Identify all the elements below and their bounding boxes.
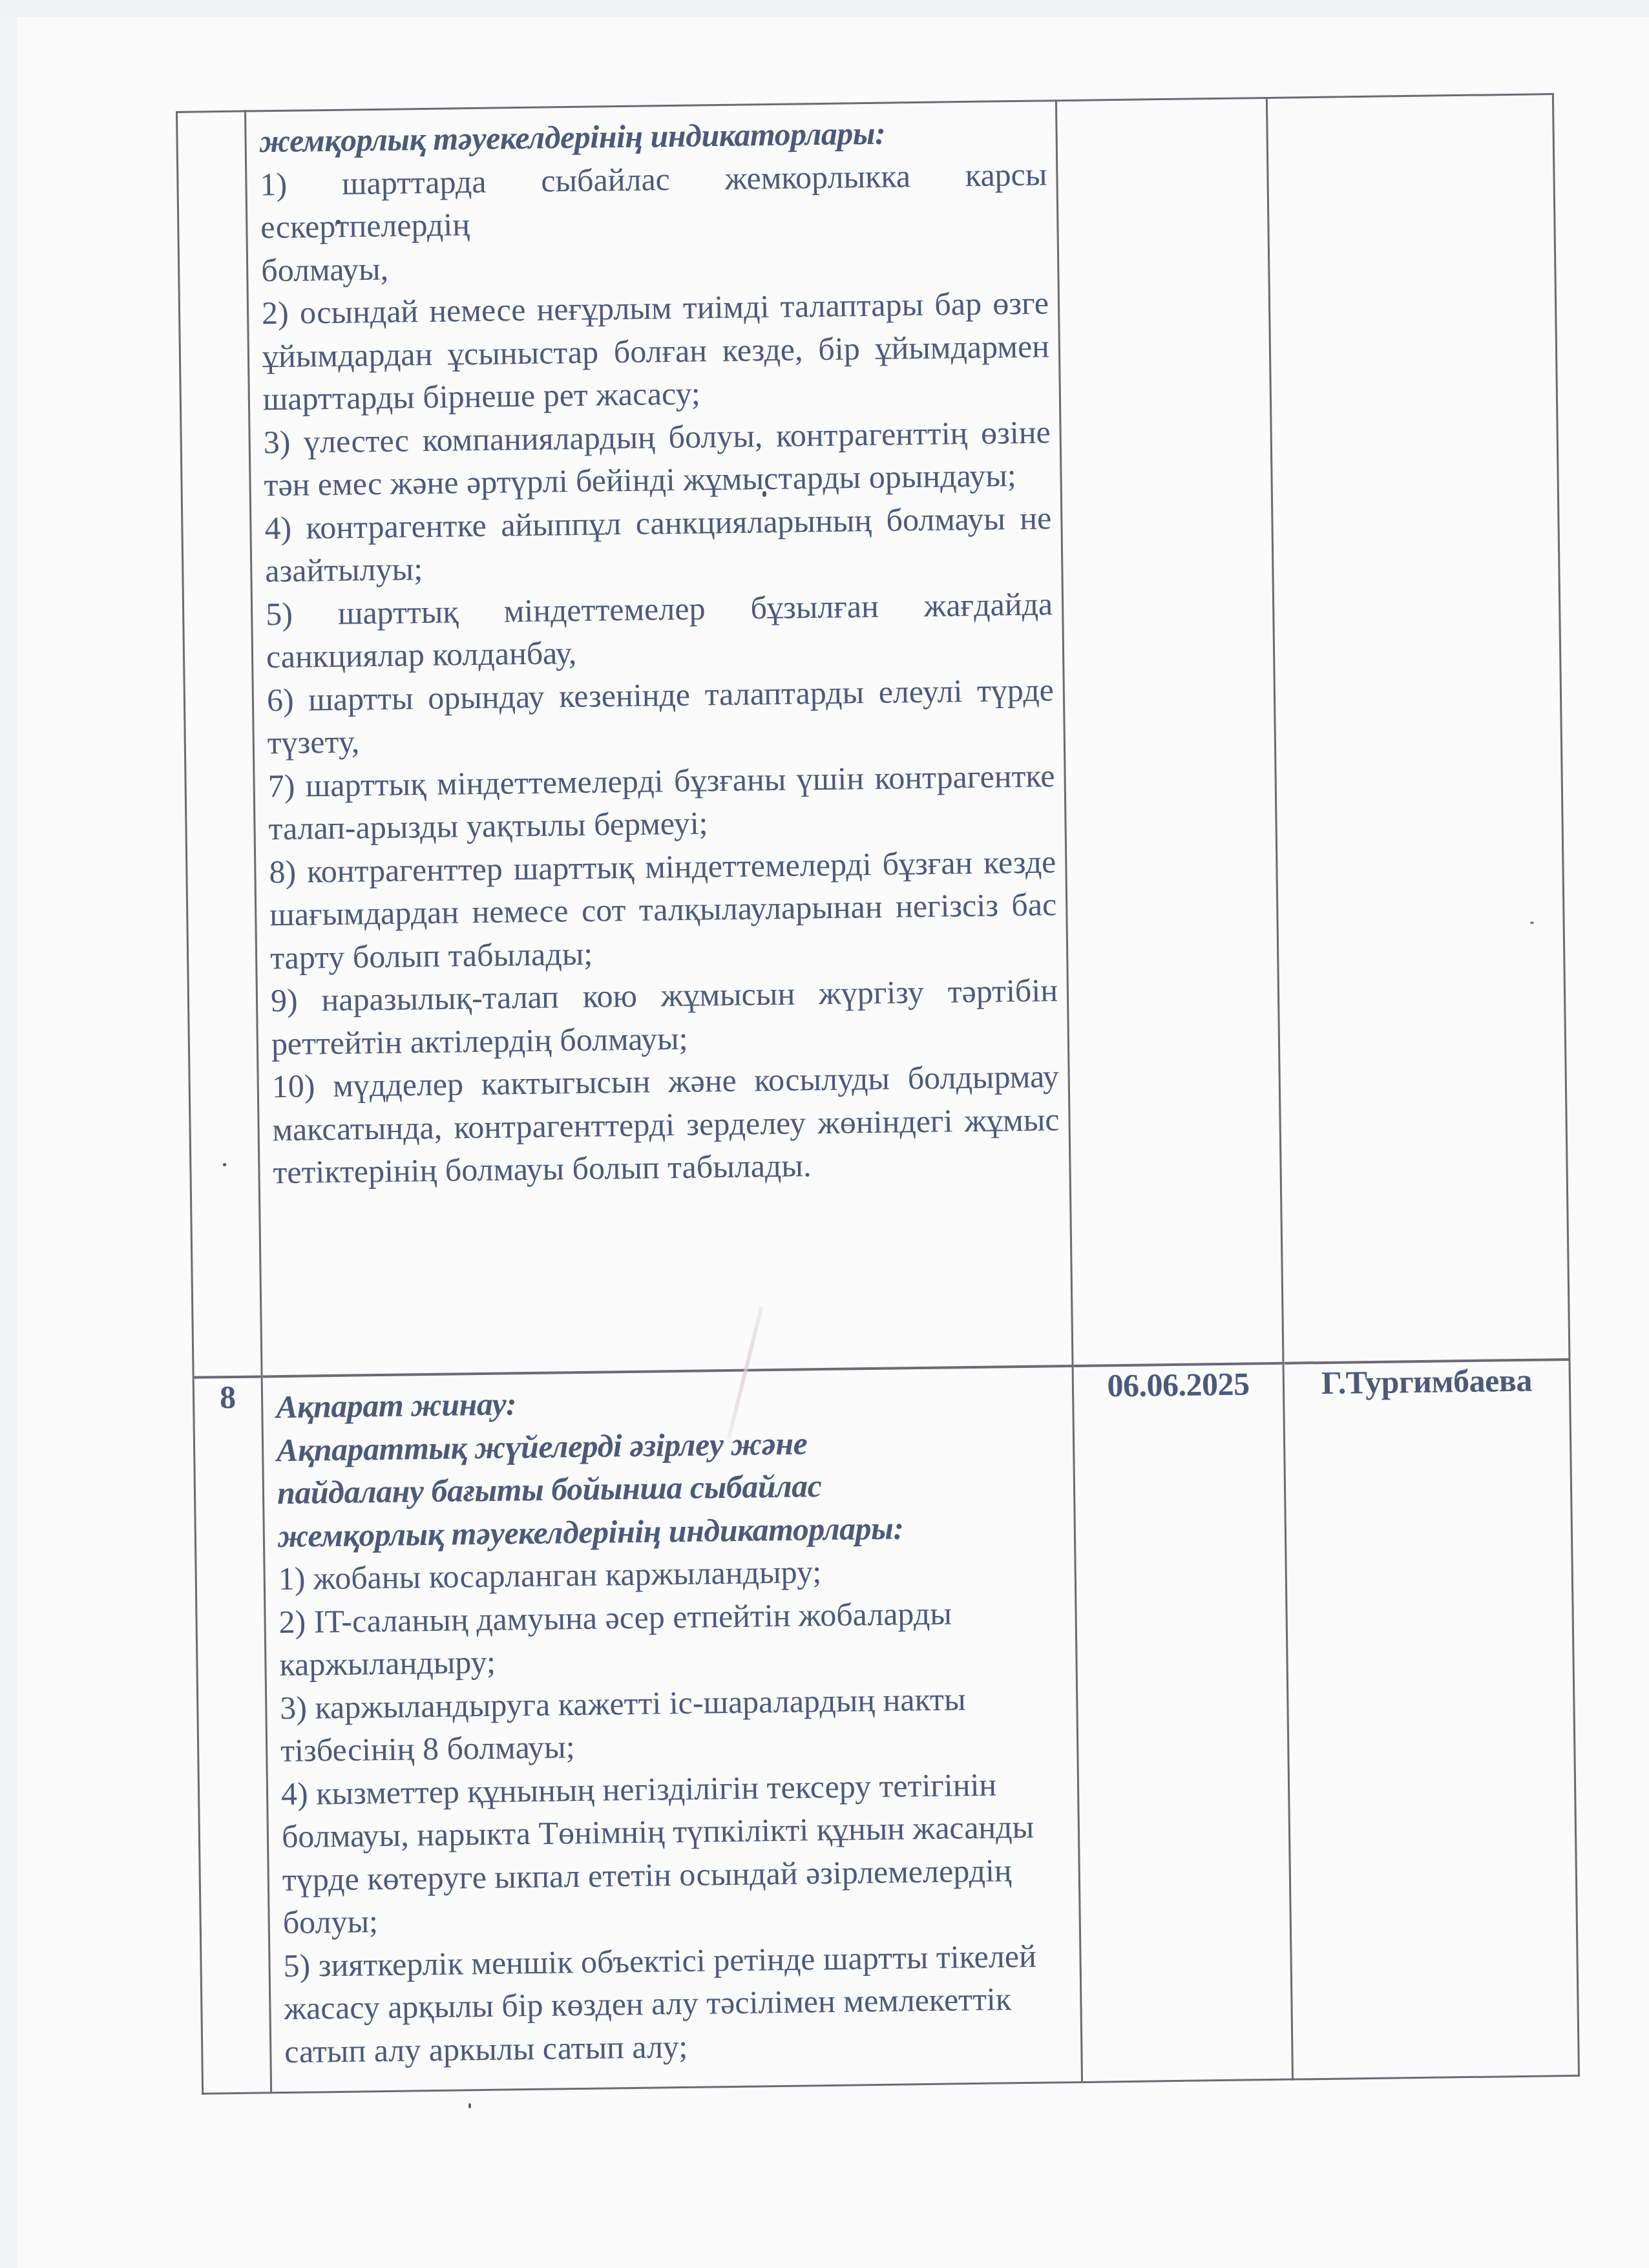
list-item: 10) мүдделер кактыгысын және косылуды бо… <box>271 1055 1060 1193</box>
document-page: жемқорлық тәуекелдерінің индикаторлары: … <box>176 93 1578 2092</box>
row-number-cell: 8 <box>193 1376 271 2094</box>
table-row: 8 Ақпарат жинау: Ақпараттық жүйелерді әз… <box>193 1360 1579 2094</box>
table-row: жемқорлық тәуекелдерінің индикаторлары: … <box>177 94 1570 1378</box>
indicators-cell: Ақпарат жинау: Ақпараттық жүйелерді әзір… <box>262 1366 1082 2093</box>
list-item: 5) шарттық міндеттемелер бұзылған жағдай… <box>266 582 1054 678</box>
list-item: 3) үлестес компаниялардың болуы, контраг… <box>263 410 1051 507</box>
indicators-cell: жемқорлық тәуекелдерінің индикаторлары: … <box>246 101 1073 1377</box>
list-item: 7) шарттық міндеттемелерді бұзғаны үшін … <box>268 754 1056 850</box>
list-item: 3) каржыландыруга кажетті іс-шаралардың … <box>280 1676 1068 1772</box>
measures-table: жемқорлық тәуекелдерінің индикаторлары: … <box>176 93 1580 2095</box>
indicators-text: жемқорлық тәуекелдерінің индикаторлары: … <box>246 101 1069 1201</box>
list-item: 9) наразылық-талап кою жұмысын жүргізу т… <box>271 969 1059 1065</box>
list-item: 1) шарттарда сыбайлас жемкорлыкка карсы … <box>260 152 1048 249</box>
responsible-cell <box>1266 94 1570 1363</box>
list-item: 2) осындай немесе неғұрлым тиімді талапт… <box>262 281 1051 420</box>
list-item: 6) шартты орындау кезенінде талаптарды е… <box>267 668 1055 764</box>
scan-speck <box>336 220 341 224</box>
scan-speck <box>1530 921 1534 924</box>
scan-speck <box>223 1163 226 1166</box>
list-item: 4) кызметтер құнының негізділігін тексер… <box>281 1762 1070 1944</box>
scan-speck <box>762 491 766 497</box>
responsible-cell: Г.Тургимбаева <box>1283 1360 1579 2079</box>
list-item: 2) IT-саланың дамуына әсер етпейтін жоба… <box>278 1590 1067 1686</box>
list-item: 8) контрагенттер шарттық міндеттемелерді… <box>269 840 1058 979</box>
scan-speck <box>468 2103 471 2108</box>
deadline-cell: 06.06.2025 <box>1073 1363 1292 2083</box>
list-item: 5) зияткерлік меншік объектісі ретінде ш… <box>283 1934 1072 2073</box>
indicators-text: Ақпарат жинау: Ақпараттық жүйелерді әзір… <box>263 1367 1081 2079</box>
list-item: 4) контрагентке айыппұл санкцияларының б… <box>264 496 1053 593</box>
deadline-cell <box>1056 98 1283 1366</box>
